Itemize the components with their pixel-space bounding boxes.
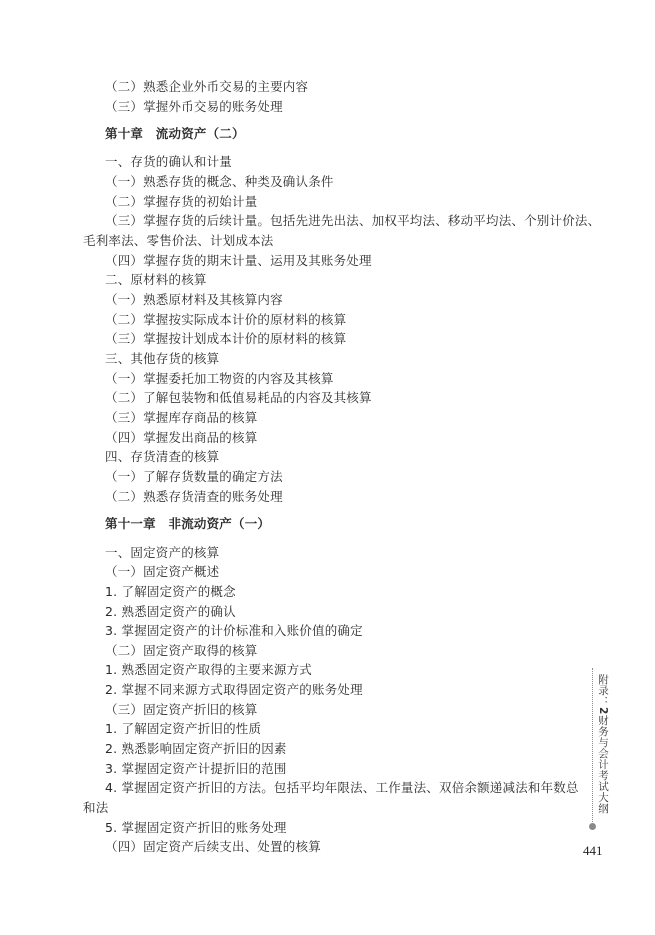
outline-item: 四、存货清查的核算 [105,449,219,465]
outline-item: 三、其他存货的核算 [105,351,219,367]
outline-item: 1. 了解固定资产的概念 [105,584,236,600]
appendix-number: 2 [597,707,609,715]
outline-item: （三）固定资产折旧的核算 [105,702,257,718]
appendix-title: 财务与会计考试大纲 [597,715,609,814]
dotted-rule [592,668,593,826]
outline-item: 2. 熟悉固定资产的确认 [105,604,236,620]
outline-item: （一）熟悉原材料及其核算内容 [105,292,283,308]
outline-item: （一）熟悉存货的概念、种类及确认条件 [105,174,334,190]
outline-item: 1. 了解固定资产折旧的性质 [105,721,261,737]
outline-item: 4. 掌握固定资产折旧的方法。包括平均年限法、工作量法、双倍余额递减法和年数总 [105,780,579,796]
outline-item: （二）掌握按实际成本计价的原材料的核算 [105,312,346,328]
separator: ： [597,696,609,707]
appendix-side-tab: 附录：2财务与会计考试大纲 [592,668,608,828]
text-line-continuation: 和法 [83,800,108,816]
outline-item: 二、原材料的核算 [105,272,207,288]
outline-item: （三）掌握外币交易的账务处理 [105,99,283,115]
outline-item: （三）掌握库存商品的核算 [105,410,257,426]
outline-item: （四）掌握存货的期末计量、运用及其账务处理 [105,253,372,269]
document-page: （二）熟悉企业外币交易的主要内容（三）掌握外币交易的账务处理第十章 流动资产（二… [0,0,655,935]
outline-item: （三）掌握按计划成本计价的原材料的核算 [105,331,346,347]
appendix-prefix: 附录 [597,674,609,696]
outline-item: （二）熟悉存货清查的账务处理 [105,489,283,505]
outline-item: （二）固定资产取得的核算 [105,643,257,659]
outline-item: （二）了解包装物和低值易耗品的内容及其核算 [105,390,372,406]
outline-item: 3. 掌握固定资产计提折旧的范围 [105,761,287,777]
appendix-label: 附录：2财务与会计考试大纲 [597,674,609,814]
chapter-heading: 第十章 流动资产（二） [105,126,245,142]
outline-item: 一、存货的确认和计量 [105,154,232,170]
chapter-heading: 第十一章 非流动资产（一） [105,516,270,532]
outline-item: 2. 掌握不同来源方式取得固定资产的账务处理 [105,682,363,698]
outline-item: 1. 熟悉固定资产取得的主要来源方式 [105,662,312,678]
outline-item: （一）了解存货数量的确定方法 [105,469,283,485]
page-number: 441 [583,843,603,859]
outline-item: （一）掌握委托加工物资的内容及其核算 [105,371,334,387]
outline-item: （二）熟悉企业外币交易的主要内容 [105,79,308,95]
outline-item: 3. 掌握固定资产的计价标准和入账价值的确定 [105,623,363,639]
outline-item: （一）固定资产概述 [105,564,219,580]
bullet-dot-icon [589,823,596,830]
outline-item: （三）掌握存货的后续计量。包括先进先出法、加权平均法、移动平均法、个别计价法、 [105,213,600,229]
outline-item: （四）掌握发出商品的核算 [105,430,257,446]
text-line-continuation: 毛利率法、零售价法、计划成本法 [83,233,274,249]
outline-item: （二）掌握存货的初始计量 [105,194,257,210]
outline-item: 一、固定资产的核算 [105,545,219,561]
outline-item: 5. 掌握固定资产折旧的账务处理 [105,820,287,836]
outline-item: 2. 熟悉影响固定资产折旧的因素 [105,741,287,757]
outline-item: （四）固定资产后续支出、处置的核算 [105,839,321,855]
